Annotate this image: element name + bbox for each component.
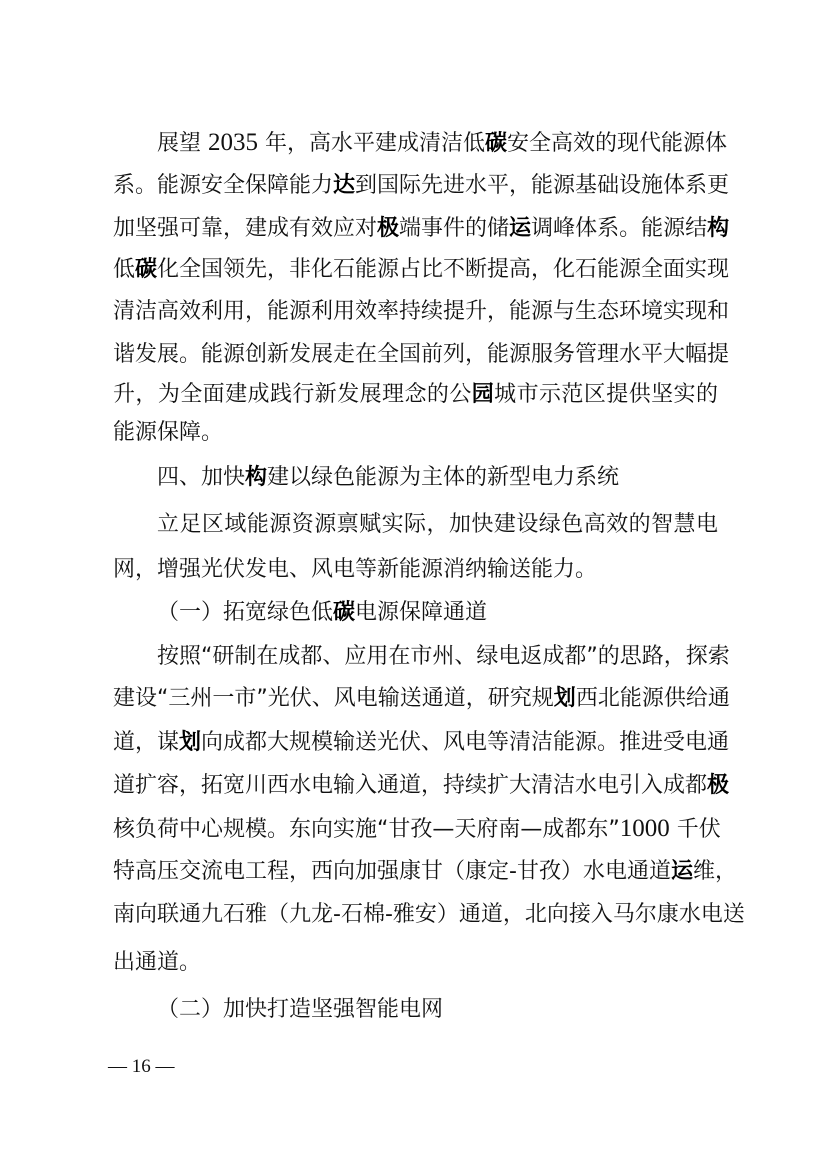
bold-text-run: 划 — [179, 730, 201, 755]
bold-text-run: 构 — [707, 216, 729, 241]
text-run: 端事件的储 — [399, 216, 509, 241]
text-run: （二）加快打造坚强智能电网 — [157, 997, 443, 1022]
text-run: 建设“三州一市”光伏、风电输送通道，研究规 — [113, 686, 554, 711]
text-line: 建设“三州一市”光伏、风电输送通道，研究规划西北能源供给通 — [113, 681, 718, 717]
bold-text-run: 构 — [245, 465, 267, 490]
text-run: 向成都大规模输送光伏、风电等清洁能源。推进受电通 — [201, 730, 729, 755]
text-run: 维， — [693, 859, 737, 884]
text-run: 道扩容，拓宽川西水电输入通道，持续扩大清洁水电引入成都 — [113, 773, 707, 798]
text-line: 南向联通九石雅（九龙-石棉-雅安）通道，北向接入马尔康水电送 — [113, 897, 718, 933]
text-run: 清洁高效利用，能源利用效率持续提升，能源与生态环境实现和 — [113, 299, 729, 324]
text-line: 低碳化全国领先，非化石能源占比不断提高，化石能源全面实现 — [113, 252, 718, 288]
text-run: 千伏 — [670, 817, 721, 842]
text-run: 建以绿色能源为主体的新型电力系统 — [267, 465, 619, 490]
text-line: 加坚强可靠，建成有效应对极端事件的储运调峰体系。能源结构 — [113, 211, 718, 247]
document-page: 展望 2035 年，高水平建成清洁低碳安全高效的现代能源体系。能源安全保障能力达… — [0, 0, 827, 1169]
bold-text-run: 园 — [472, 382, 494, 407]
text-run: 城市示范区提供坚实的 — [494, 382, 718, 407]
text-run: 年，高水平建成清洁低 — [258, 131, 485, 156]
text-run: 出通道。 — [113, 950, 201, 975]
page-number: — 16 — — [108, 1056, 175, 1078]
bold-text-run: 极 — [377, 216, 399, 241]
text-line: （一）拓宽绿色低碳电源保障通道 — [157, 595, 718, 631]
text-run: 道，谋 — [113, 730, 179, 755]
text-run: 2035 — [208, 129, 258, 156]
text-line: （二）加快打造坚强智能电网 — [157, 992, 718, 1028]
text-run: 四、加快 — [157, 465, 245, 490]
text-run: 按照“研制在成都、应用在市州、绿电返成都”的思路，探索 — [157, 644, 730, 669]
text-run: 升，为全面建成践行新发展理念的公 — [113, 382, 472, 407]
bold-text-run: 碳 — [485, 131, 507, 156]
text-run: 网，增强光伏发电、风电等新能源消纳输送能力。 — [113, 557, 597, 582]
text-run: 西北能源供给通 — [576, 686, 730, 711]
text-run: 电源保障通道 — [355, 600, 487, 625]
bold-text-run: 运 — [509, 216, 531, 241]
text-run: 南向联通九石雅（九龙-石棉-雅安）通道，北向接入马尔康水电送 — [113, 902, 745, 927]
text-run: 展望 — [157, 131, 208, 156]
text-line: 特高压交流电工程，西向加强康甘（康定-甘孜）水电通道运维， — [113, 854, 718, 890]
bold-text-run: 运 — [671, 859, 693, 884]
text-run: 特高压交流电工程，西向加强康甘（康定-甘孜）水电通道 — [113, 859, 671, 884]
text-line: 谐发展。能源创新发展走在全国前列，能源服务管理水平大幅提 — [113, 337, 718, 373]
text-run: 调峰体系。能源结 — [531, 216, 707, 241]
text-line: 道扩容，拓宽川西水电输入通道，持续扩大清洁水电引入成都极 — [113, 768, 718, 804]
text-run: 谐发展。能源创新发展走在全国前列，能源服务管理水平大幅提 — [113, 342, 729, 367]
text-run: 核负荷中心规模。东向实施“甘孜—天府南—成都东” — [113, 817, 620, 842]
text-run: 加坚强可靠，建成有效应对 — [113, 216, 377, 241]
text-line: 立足区域能源资源禀赋实际，加快建设绿色高效的智慧电 — [157, 507, 718, 543]
text-run: （一）拓宽绿色低 — [157, 600, 333, 625]
text-line: 清洁高效利用，能源利用效率持续提升，能源与生态环境实现和 — [113, 294, 718, 330]
text-line: 出通道。 — [113, 945, 718, 981]
bold-text-run: 碳 — [135, 257, 157, 282]
text-line: 按照“研制在成都、应用在市州、绿电返成都”的思路，探索 — [157, 639, 718, 675]
text-line: 系。能源安全保障能力达到国际先进水平，能源基础设施体系更 — [113, 168, 718, 204]
bold-text-run: 极 — [707, 773, 729, 798]
text-line: 升，为全面建成践行新发展理念的公园城市示范区提供坚实的 — [113, 377, 718, 413]
text-run: 化全国领先，非化石能源占比不断提高，化石能源全面实现 — [157, 257, 729, 282]
bold-text-run: 碳 — [333, 600, 355, 625]
text-run: 1000 — [620, 815, 670, 842]
text-run: 系。能源安全保障能力 — [113, 173, 333, 198]
text-line: 展望 2035 年，高水平建成清洁低碳安全高效的现代能源体 — [157, 125, 718, 161]
text-line: 核负荷中心规模。东向实施“甘孜—天府南—成都东”1000 千伏 — [113, 811, 718, 847]
bold-text-run: 达 — [333, 173, 355, 198]
text-run: 安全高效的现代能源体 — [507, 131, 727, 156]
text-line: 四、加快构建以绿色能源为主体的新型电力系统 — [157, 460, 718, 496]
text-run: 低 — [113, 257, 135, 282]
text-run: 立足区域能源资源禀赋实际，加快建设绿色高效的智慧电 — [157, 512, 718, 537]
text-line: 网，增强光伏发电、风电等新能源消纳输送能力。 — [113, 552, 718, 588]
text-run: 到国际先进水平，能源基础设施体系更 — [355, 173, 729, 198]
text-line: 能源保障。 — [113, 415, 718, 451]
text-line: 道，谋划向成都大规模输送光伏、风电等清洁能源。推进受电通 — [113, 725, 718, 761]
bold-text-run: 划 — [554, 686, 576, 711]
text-run: 能源保障。 — [113, 420, 223, 445]
